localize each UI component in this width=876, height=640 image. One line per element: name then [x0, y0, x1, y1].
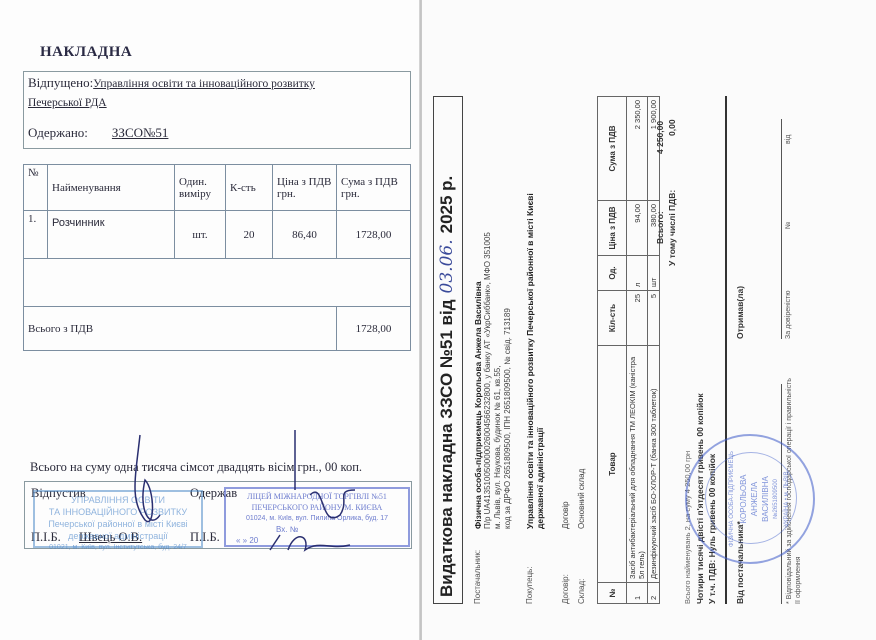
vat-label: У тому числі ПДВ: — [667, 190, 677, 266]
received-value: ЗЗСО№51 — [88, 125, 169, 140]
col-header-unit: Один. виміру — [175, 165, 226, 211]
grand-total-value: 4 250,00 — [655, 121, 665, 154]
warehouse-value: Основний склад — [577, 469, 587, 529]
col-header-name: Найменування — [48, 165, 175, 211]
row-price: 86,40 — [273, 211, 337, 259]
contract-value: Договір — [561, 501, 571, 529]
handwritten-signatures — [110, 420, 430, 560]
table-header-row: № Найменування Один. виміру К-сть Ціна з… — [24, 165, 411, 211]
expense-invoice-title: Видаткова накладна ЗЗСО №51 від03.06.202… — [433, 96, 463, 604]
table-row: 2 Дезинфікуючий засіб БО-ХЛОР-Т (банка 3… — [648, 97, 660, 604]
warehouse-label: Склад: — [577, 579, 586, 604]
table-row: 1 Засіб антибактеріальний для обладнання… — [627, 97, 648, 604]
total-value: 1728,00 — [337, 307, 411, 351]
rotated-expense-invoice: Видаткова накладна ЗЗСО №51 від03.06.202… — [445, 84, 845, 624]
col-header-num: № — [24, 165, 48, 211]
col-header-sum: Сума з ПДВ грн. — [337, 165, 411, 211]
received-by-label: Отримав(ла) — [735, 286, 745, 339]
row-qty: 20 — [226, 211, 273, 259]
released-label: Відпущено: — [28, 75, 93, 90]
grand-total-label: Всього: — [655, 211, 665, 244]
total-label: Всього з ПДВ — [24, 307, 337, 351]
row-unit: шт. — [175, 211, 226, 259]
row-name: Розчинник — [48, 211, 175, 259]
released-row: Відпущено:Управління освіти та інновацій… — [28, 74, 406, 93]
released-row-2: Печерської РДА — [28, 93, 406, 112]
col-header-price: Ціна з ПДВ грн. — [273, 165, 337, 211]
contract-label: Договір: — [561, 574, 570, 604]
proxy-date-label: від — [785, 135, 792, 144]
goods-header-row: № Товар Кіл-сть Од. Ціна з ПДВ Сума з ПД… — [598, 97, 627, 604]
col-header-qty: К-сть — [226, 165, 273, 211]
released-value-2: Печерської РДА — [28, 97, 107, 109]
supplier-label: Постачальник: — [473, 550, 482, 604]
vat-value: 0,00 — [667, 119, 677, 136]
received-label: Одержано: — [28, 125, 88, 140]
invoice-title: НАКЛАДНА — [40, 44, 132, 61]
invoice-header-box: Відпущено:Управління освіти та інновацій… — [23, 71, 411, 149]
received-row: Одержано:ЗЗСО№51 — [28, 124, 406, 142]
released-value-1: Управління освіти та інноваційного розви… — [93, 78, 315, 90]
handwritten-date: 03.06. — [437, 233, 457, 299]
proxy-label: За довіреністю — [785, 291, 792, 339]
table-empty-row — [24, 259, 411, 307]
row-num: 1. — [24, 211, 48, 259]
goods-table: № Товар Кіл-сть Од. Ціна з ПДВ Сума з ПД… — [597, 96, 660, 604]
buyer-details: Управління освіти та інноваційного розви… — [525, 193, 545, 529]
row-sum: 1728,00 — [337, 211, 411, 259]
invoice-page-left: НАКЛАДНА Відпущено:Управління освіти та … — [0, 0, 420, 640]
supplier-details: Фізична особа-підприємець Корольова Анже… — [473, 232, 513, 529]
supplier-seal: ФІЗИЧНА ОСОБА-ПІДПРИЄМЕЦЬ КОРОЛЬОВА АНЖЕ… — [685, 434, 815, 564]
proxy-number-label: № — [785, 221, 792, 229]
buyer-label: Покупець: — [525, 566, 534, 604]
table-total-row: Всього з ПДВ 1728,00 — [24, 307, 411, 351]
items-table: № Найменування Один. виміру К-сть Ціна з… — [23, 164, 411, 351]
table-row: 1. Розчинник шт. 20 86,40 1728,00 — [24, 211, 411, 259]
